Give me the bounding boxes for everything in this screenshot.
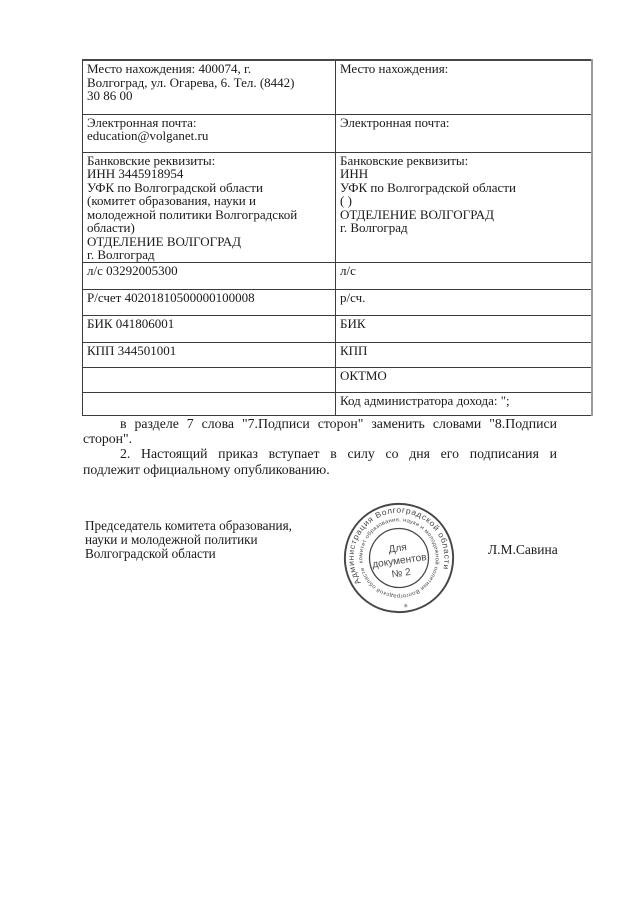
- cell-kpp-left: КПП 344501001: [83, 342, 336, 367]
- table-row: ОКТМО: [83, 367, 592, 392]
- requisites-table: Место нахождения: 400074, г. Волгоград, …: [82, 59, 593, 416]
- order-body-text: в разделе 7 слова "7.Подписи сторон" зам…: [83, 416, 557, 477]
- table-row: л/с 03292005300 л/с: [83, 262, 592, 289]
- document-page: Место нахождения: 400074, г. Волгоград, …: [0, 0, 640, 905]
- table-row: БИК 041806001 БИК: [83, 315, 592, 342]
- official-stamp: Администрация Волгоградской области коми…: [341, 500, 457, 616]
- cell-account-left: Р/счет 40201810500000100008: [83, 289, 336, 315]
- cell-email-left: Электронная почта: education@volganet.ru: [83, 114, 336, 152]
- table-row: Место нахождения: 400074, г. Волгоград, …: [83, 60, 592, 114]
- cell-ls-right: л/с: [336, 262, 592, 289]
- cell-account-right: р/сч.: [336, 289, 592, 315]
- stamp-star: ✳: [403, 602, 409, 610]
- paragraph-amendment-line1: в разделе 7 слова "7.Подписи сторон" зам…: [83, 416, 557, 431]
- cell-email-right: Электронная почта:: [336, 114, 592, 152]
- table-row: Банковские реквизиты: ИНН 3445918954 УФК…: [83, 152, 592, 262]
- table-row: Код администратора дохода: ";: [83, 392, 592, 415]
- cell-kpp-right: КПП: [336, 342, 592, 367]
- cell-bank-left: Банковские реквизиты: ИНН 3445918954 УФК…: [83, 152, 336, 262]
- cell-empty-left: [83, 367, 336, 392]
- cell-location-left: Место нахождения: 400074, г. Волгоград, …: [83, 60, 336, 114]
- cell-empty-left2: [83, 392, 336, 415]
- paragraph-effective-line1: 2. Настоящий приказ вступает в силу со д…: [83, 446, 557, 461]
- paragraph-amendment-line2: сторон".: [83, 431, 557, 446]
- cell-bik-right: БИК: [336, 315, 592, 342]
- stamp-center-line3: № 2: [391, 567, 412, 581]
- signatory-title: Председатель комитета образования, науки…: [85, 519, 345, 560]
- cell-location-right: Место нахождения:: [336, 60, 592, 114]
- cell-ls-left: л/с 03292005300: [83, 262, 336, 289]
- stamp-center-line1: Для: [388, 542, 408, 555]
- cell-bik-left: БИК 041806001: [83, 315, 336, 342]
- table-row: Электронная почта: education@volganet.ru…: [83, 114, 592, 152]
- signatory-name: Л.М.Савина: [488, 542, 558, 558]
- paragraph-effective-line2: подлежит официальному опубликованию.: [83, 462, 557, 477]
- cell-admin-code-right: Код администратора дохода: ";: [336, 392, 592, 415]
- table-row: КПП 344501001 КПП: [83, 342, 592, 367]
- cell-bank-right: Банковские реквизиты: ИНН УФК по Волгогр…: [336, 152, 592, 262]
- table-row: Р/счет 40201810500000100008 р/сч.: [83, 289, 592, 315]
- cell-oktmo-right: ОКТМО: [336, 367, 592, 392]
